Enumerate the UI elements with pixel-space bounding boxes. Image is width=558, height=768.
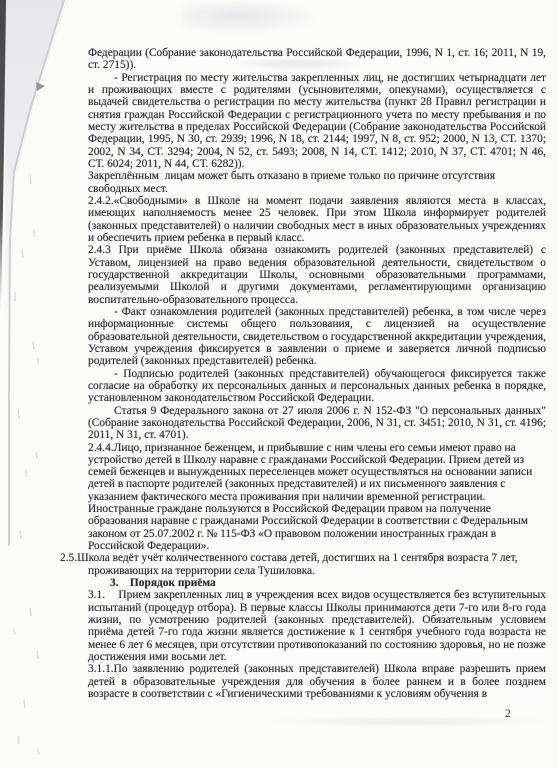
paragraph-refusal-note: Закреплённым лицам может быть отказано в…: [88, 170, 546, 195]
document-body: Федерации (Собрание законодательства Рос…: [88, 47, 546, 700]
clause-2-5: 2.5.Школа ведёт учёт количественного сос…: [88, 552, 546, 577]
paragraph-signature-consent: - Подписью родителей (законных представи…: [88, 368, 546, 405]
clause-2-4-3: 2.4.3 При приёме Школа обязана ознакомит…: [88, 244, 546, 306]
paragraph-law-citation: Федерации (Собрание законодательства Рос…: [88, 47, 546, 72]
page-number: 2: [505, 708, 511, 720]
section-3-heading: 3. Порядок приёма: [88, 577, 546, 589]
scanned-page: Федерации (Собрание законодательства Рос…: [0, 0, 558, 768]
clause-2-4-2: 2.4.2.«Свободными» в Школе на момент под…: [88, 195, 546, 244]
page-fold-corner: [5, 0, 64, 330]
paragraph-registration-rule: - Регистрация по месту жительства закреп…: [88, 72, 546, 171]
fold-edge-line: [9, 0, 64, 545]
paragraph-article-9: Статья 9 Федерального закона от 27 июля …: [88, 405, 546, 442]
fold-notch-mark: [36, 82, 45, 91]
fold-edge-highlight: [16, 2, 66, 173]
clause-2-4-4: 2.4.4.Лицо, признанное беженцем, и прибы…: [88, 442, 546, 553]
scan-edge-shadow: [0, 0, 6, 310]
paragraph-fact-of-familiarization: - Факт ознакомления родителей (законных …: [88, 306, 546, 368]
clause-3-1: 3.1. Прием закрепленных лиц в учреждения…: [88, 589, 546, 663]
show-through-smudge: [182, 2, 322, 34]
binding-hole-marks: [14, 175, 39, 755]
clause-3-1-1: 3.1.1.По заявлению родителей (законных п…: [88, 663, 546, 700]
